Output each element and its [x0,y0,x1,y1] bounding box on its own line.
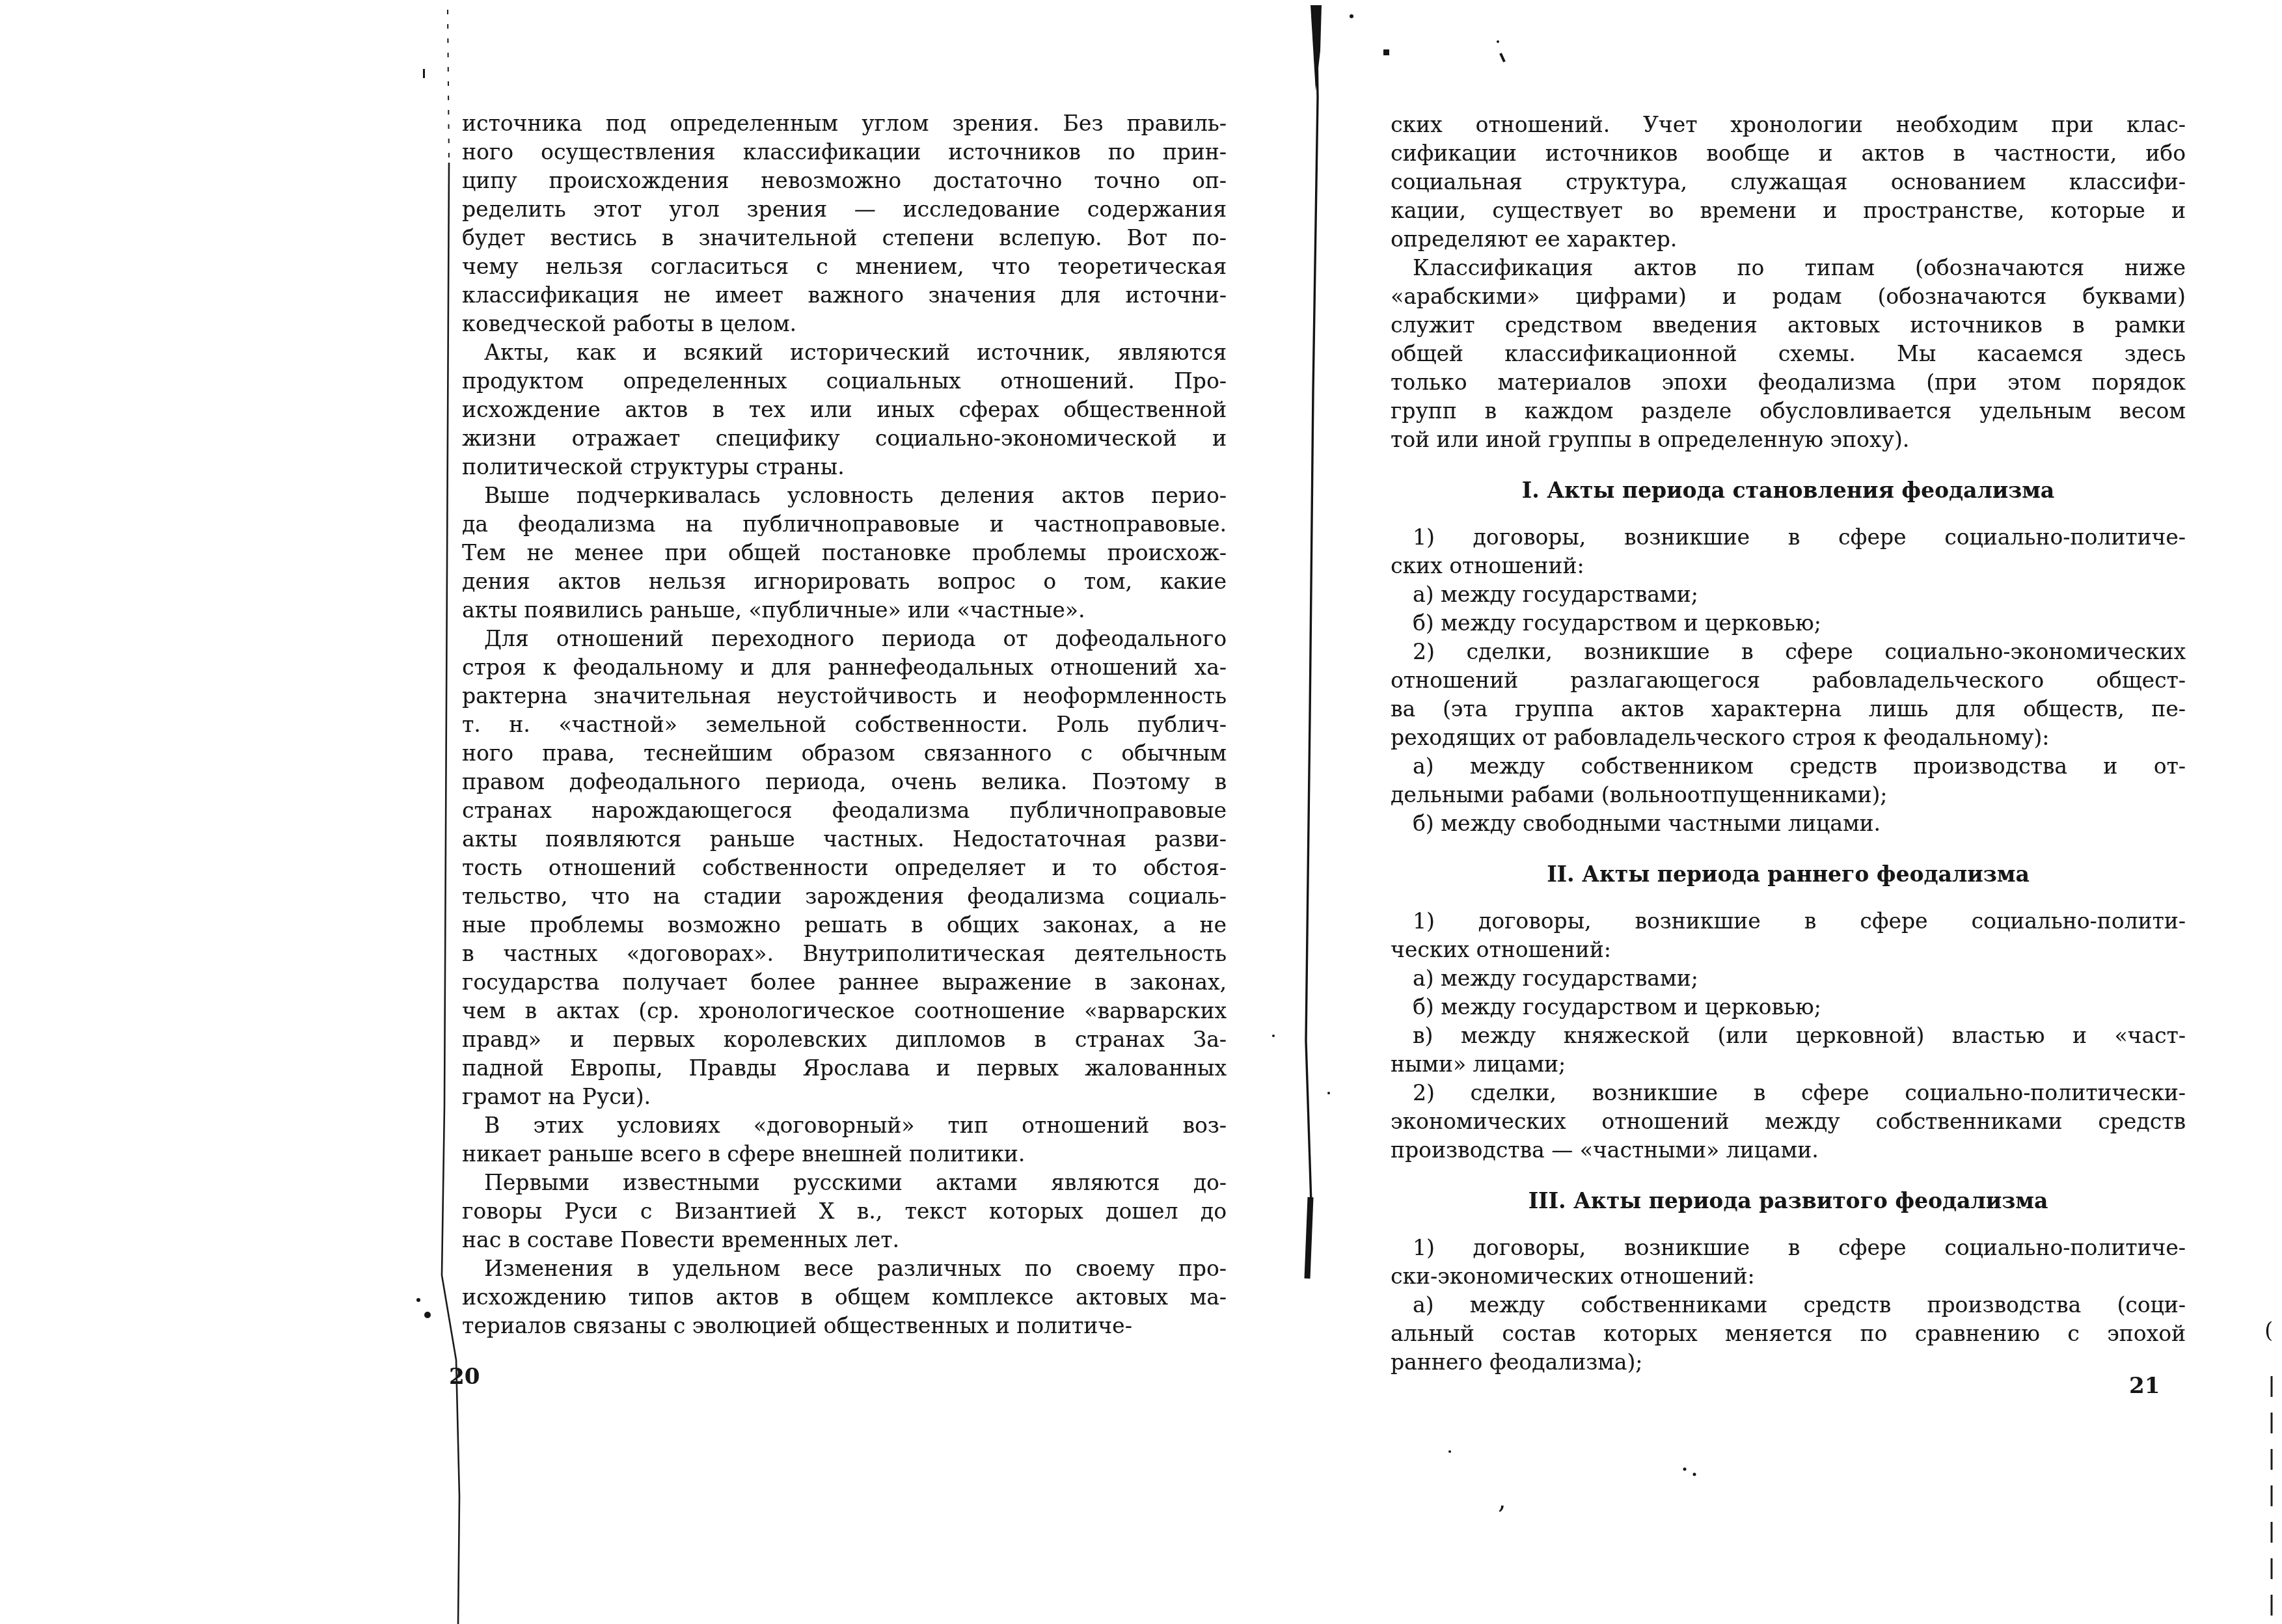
scan-speck [1497,40,1499,43]
text-line: падной Европы, Правды Ярослава и первых … [462,1054,1227,1083]
text-line: а) между собственниками средств производ… [1391,1291,2186,1319]
text-line: социальная структура, служащая основание… [1391,168,2186,196]
text-line: 2) сделки, возникшие в сфере социально-п… [1391,1079,2186,1107]
paragraph: Изменения в удельном весе различных по с… [462,1254,1227,1340]
paragraph: 1) договоры, возникшие в сфере социально… [1391,907,2186,964]
text-line: исхождению типов актов в общем комплексе… [462,1283,1227,1312]
text-line: териалов связаны с эволюцией общественны… [462,1312,1227,1340]
text-line: ва (эта группа актов характерна лишь для… [1391,695,2186,724]
scan-speck [416,1298,420,1302]
text-line: ски-экономических отношений: [1391,1262,2186,1291]
left-page: источника под определенным углом зрения.… [462,109,1227,1340]
book-scan: источника под определенным углом зрения.… [0,0,2282,1624]
text-line: Выше подчеркивалась условность деления а… [462,481,1227,510]
text-line: правд» и первых королевских дипломов в с… [462,1025,1227,1054]
text-line: да феодализма на публичноправовые и част… [462,510,1227,539]
text-line: правом дофеодального периода, очень вели… [462,768,1227,796]
text-line: классификация не имеет важного значения … [462,281,1227,310]
text-line: грамот на Руси). [462,1083,1227,1111]
text-line: служит средством введения актовых источн… [1391,311,2186,340]
text-line: источника под определенным углом зрения.… [462,109,1227,138]
paragraph: а) между собственником средств производс… [1391,752,2186,809]
paragraph: а) между государствами; [1391,964,2186,993]
paragraph: а) между собственниками средств производ… [1391,1291,2186,1377]
section-heading: III. Акты периода развитого феодализма [1391,1187,2186,1215]
spine-crease-bottom-blob [1307,1197,1311,1279]
text-line: говоры Руси с Византией X в., текст кото… [462,1197,1227,1226]
text-line: только материалов эпохи феодализма (при … [1391,368,2186,397]
text-line: 1) договоры, возникшие в сфере социально… [1391,1234,2186,1262]
text-line: дения актов нельзя игнорировать вопрос о… [462,567,1227,596]
text-line: чему нельзя согласиться с мнением, что т… [462,252,1227,281]
text-line: производства — «частными» лицами. [1391,1136,2186,1165]
text-line: исхождение актов в тех или иных сферах о… [462,396,1227,424]
text-line: В этих условиях «договорный» тип отношен… [462,1111,1227,1140]
text-line: Тем не менее при общей постановке пробле… [462,539,1227,567]
text-line: коведческой работы в целом. [462,310,1227,338]
scan-speck [1327,1092,1330,1094]
scan-speck [424,1312,431,1318]
paragraph: Первыми известными русскими актами являю… [462,1169,1227,1254]
paragraph: 2) сделки, возникшие в сфере социально-э… [1391,638,2186,752]
text-line: 1) договоры, возникшие в сфере социально… [1391,907,2186,936]
text-line: акты появляются раньше частных. Недостат… [462,825,1227,854]
text-line: политической структуры страны. [462,453,1227,481]
text-line: альный состав которых меняется по сравне… [1391,1319,2186,1348]
section-heading: I. Акты периода становления феодализма [1391,476,2186,505]
text-line: Классификация актов по типам (обозначают… [1391,254,2186,282]
text-line: Для отношений переходного периода от доф… [462,625,1227,653]
text-line: отношений разлагающегося рабовладельческ… [1391,666,2186,695]
text-line: ного права, теснейшим образом связанного… [462,739,1227,768]
scan-speck [1501,53,1504,62]
paragraph: б) между государством и церковью; [1391,609,2186,638]
text-line: а) между государствами; [1391,580,2186,609]
scan-speck [1272,1035,1275,1037]
paragraph: б) между свободными частными лицами. [1391,809,2186,838]
comma-speck: , [1498,1485,1506,1515]
paragraph: 1) договоры, возникшие в сфере социально… [1391,1234,2186,1291]
text-line: 1) договоры, возникшие в сфере социально… [1391,523,2186,552]
text-line: общей классификационной схемы. Мы касаем… [1391,340,2186,368]
text-line: экономических отношений между собственни… [1391,1107,2186,1136]
text-line: акты появились раньше, «публичные» или «… [462,596,1227,625]
scan-speck [423,69,425,78]
paragraph: б) между государством и церковью; [1391,993,2186,1022]
scan-speck [1448,1450,1451,1453]
text-line: б) между свободными частными лицами. [1391,809,2186,838]
right-edge-bracket-speck: ( [2264,1318,2273,1344]
page-edge-line [448,10,449,163]
text-line: б) между государством и церковью; [1391,993,2186,1022]
text-line: никает раньше всего в сфере внешней поли… [462,1140,1227,1169]
text-line: ные проблемы возможно решать в общих зак… [462,911,1227,940]
text-line: ределить этот угол зрения — исследование… [462,195,1227,224]
text-line: в) между княжеской (или церковной) власт… [1391,1022,2186,1050]
text-line: ципу происхождения невозможно достаточно… [462,167,1227,195]
scan-speck [1350,14,1353,18]
text-line: ских отношений: [1391,552,2186,580]
text-line: групп в каждом разделе обусловливается у… [1391,397,2186,426]
text-line: чем в актах (ср. хронологическое соотнош… [462,997,1227,1025]
page-number-right: 21 [2129,1374,2160,1398]
text-line: странах нарождающегося феодализма публич… [462,796,1227,825]
paragraph: в) между княжеской (или церковной) власт… [1391,1022,2186,1079]
text-line: будет вестись в значительной степени всл… [462,224,1227,252]
scan-speck [1683,1468,1687,1471]
text-line: продуктом определенных социальных отноше… [462,367,1227,396]
text-line: ного осуществления классификации источни… [462,138,1227,167]
text-line: б) между государством и церковью; [1391,609,2186,638]
paragraph: Для отношений переходного периода от доф… [462,625,1227,1111]
spine-crease-top-blob [1311,5,1322,91]
text-line: кации, существует во времени и пространс… [1391,196,2186,225]
text-line: той или иной группы в определенную эпоху… [1391,426,2186,454]
paragraph: 1) договоры, возникшие в сфере социально… [1391,523,2186,580]
text-line: Первыми известными русскими актами являю… [462,1169,1227,1197]
right-page: ских отношений. Учет хронологии необходи… [1391,111,2186,1377]
spine-crease-line [1306,5,1318,1279]
paragraph: 2) сделки, возникшие в сфере социально-п… [1391,1079,2186,1165]
text-line: Изменения в удельном весе различных по с… [462,1254,1227,1283]
paragraph: Акты, как и всякий исторический источник… [462,338,1227,481]
text-line: тельство, что на стадии зарождения феода… [462,882,1227,911]
text-line: раннего феодализма); [1391,1348,2186,1377]
paragraph: а) между государствами; [1391,580,2186,609]
text-line: ными» лицами; [1391,1050,2186,1079]
text-line: жизни отражает специфику социально-эконо… [462,424,1227,453]
paragraph: Классификация актов по типам (обозначают… [1391,254,2186,454]
page-edge-line [442,163,459,1624]
page-number-left: 20 [449,1365,480,1388]
text-line: определяют ее характер. [1391,225,2186,254]
text-line: «арабскими» цифрами) и родам (обозначают… [1391,282,2186,311]
text-line: ческих отношений: [1391,936,2186,964]
paragraph: ских отношений. Учет хронологии необходи… [1391,111,2186,254]
paragraph: Выше подчеркивалась условность деления а… [462,481,1227,625]
text-line: а) между государствами; [1391,964,2186,993]
paragraph: источника под определенным углом зрения.… [462,109,1227,338]
text-line: государства получает более раннее выраже… [462,968,1227,997]
text-line: дельными рабами (вольноотпущенниками); [1391,781,2186,809]
text-line: ских отношений. Учет хронологии необходи… [1391,111,2186,139]
text-line: т. н. «частной» земельной собственности.… [462,710,1227,739]
scan-speck [1383,49,1389,55]
text-line: тость отношений собственности определяет… [462,854,1227,882]
text-line: строя к феодальному и для раннефеодальны… [462,653,1227,682]
section-heading: II. Акты периода раннего феодализма [1391,860,2186,889]
text-line: в частных «договорах». Внутриполитическа… [462,940,1227,968]
paragraph: В этих условиях «договорный» тип отношен… [462,1111,1227,1169]
text-line: рактерна значительная неустойчивость и н… [462,682,1227,710]
text-line: а) между собственником средств производс… [1391,752,2186,781]
scan-speck [1693,1473,1696,1476]
text-line: реходящих от рабовладельческого строя к … [1391,724,2186,752]
text-line: сификации источников вообще и актов в ча… [1391,139,2186,168]
text-line: Акты, как и всякий исторический источник… [462,338,1227,367]
text-line: нас в составе Повести временных лет. [462,1226,1227,1254]
text-line: 2) сделки, возникшие в сфере социально-э… [1391,638,2186,666]
